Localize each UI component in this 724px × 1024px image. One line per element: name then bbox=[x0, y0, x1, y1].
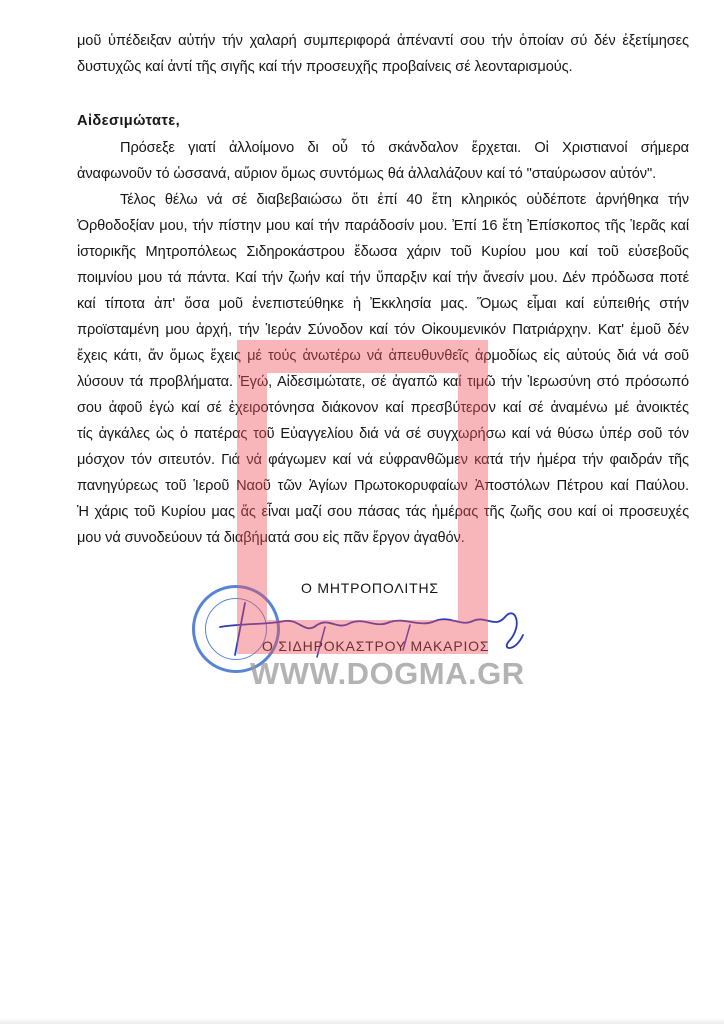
text-line: Ὀρθοδοξίαν μου, τήν πίστην μου καί τήν π… bbox=[77, 215, 689, 237]
text-line: ἀναφωνοῦν τό ὡσσανά, αὔριον ὅμως συντόμω… bbox=[77, 163, 689, 185]
scan-edge bbox=[0, 1018, 724, 1024]
text-line: μόσχον τόν σιτευτόν. Γιά νά φάγωμεν καί … bbox=[77, 449, 689, 471]
text-line: σου ἀφοῦ ἐγώ καί σέ ἐχειροτόνησα διάκονο… bbox=[77, 397, 689, 419]
text-line: Τέλος θέλω νά σέ διαβεβαιώσω ὅτι ἐπί 40 … bbox=[120, 189, 689, 211]
text-line: καί τίποτα ἀπ' ὅσα μοῦ ἐνεπιστεύθηκε ἡ Ἐ… bbox=[77, 293, 689, 315]
text-line: μου νά συνοδεύουν τά διαβήματά σου εἰς π… bbox=[77, 527, 689, 549]
text-line: μοῦ ὑπέδειξαν αὐτήν τήν χαλαρή συμπεριφο… bbox=[77, 30, 689, 52]
document-page: μοῦ ὑπέδειξαν αὐτήν τήν χαλαρή συμπεριφο… bbox=[0, 0, 724, 1024]
text-line: λύσουν τά προβλήματα. Ἐγώ, Αἰδεσιμώτατε,… bbox=[77, 371, 689, 393]
text-line: ποιμνίου μου τά πάντα. Καί τήν ζωήν καί … bbox=[77, 267, 689, 289]
signature-title: Ο ΜΗΤΡΟΠΟΛΙΤΗΣ bbox=[301, 580, 439, 596]
signature-name: Ο ΣΙΔΗΡΟΚΑΣΤΡΟΥ ΜΑΚΑΡΙΟΣ bbox=[262, 638, 489, 654]
text-line: ἱστορικῆς Μητροπόλεως Σιδηροκάστρου ἔδωσ… bbox=[77, 241, 689, 263]
site-watermark: WWW.DOGMA.GR bbox=[250, 656, 525, 692]
text-line: τίς ἀγκάλες ὡς ὁ πατέρας τοῦ Εὐαγγελίου … bbox=[77, 423, 689, 445]
text-line: ἔχεις κάτι, ἄν ὅμως ἔχεις μέ τούς ἀνωτέρ… bbox=[77, 345, 689, 367]
salutation: Αἰδεσιμώτατε, bbox=[77, 110, 689, 132]
text-line: Πρόσεξε γιατί ἀλλοίμονο δι οὗ τό σκάνδαλ… bbox=[120, 137, 689, 159]
text-line: δυστυχῶς καί ἀντί τῆς σιγῆς καί τήν προσ… bbox=[77, 56, 689, 78]
text-line: πανηγύρεως τοῦ Ἱεροῦ Ναοῦ τῶν Ἁγίων Πρωτ… bbox=[77, 475, 689, 497]
handwritten-signature-icon bbox=[205, 595, 535, 665]
text-line: Ἡ χάρις τοῦ Κυρίου μας ἄς εἶναι μαζί σου… bbox=[77, 501, 689, 523]
text-line: προϊσταμένη μου ἀρχή, τήν Ἱεράν Σύνοδον … bbox=[77, 319, 689, 341]
